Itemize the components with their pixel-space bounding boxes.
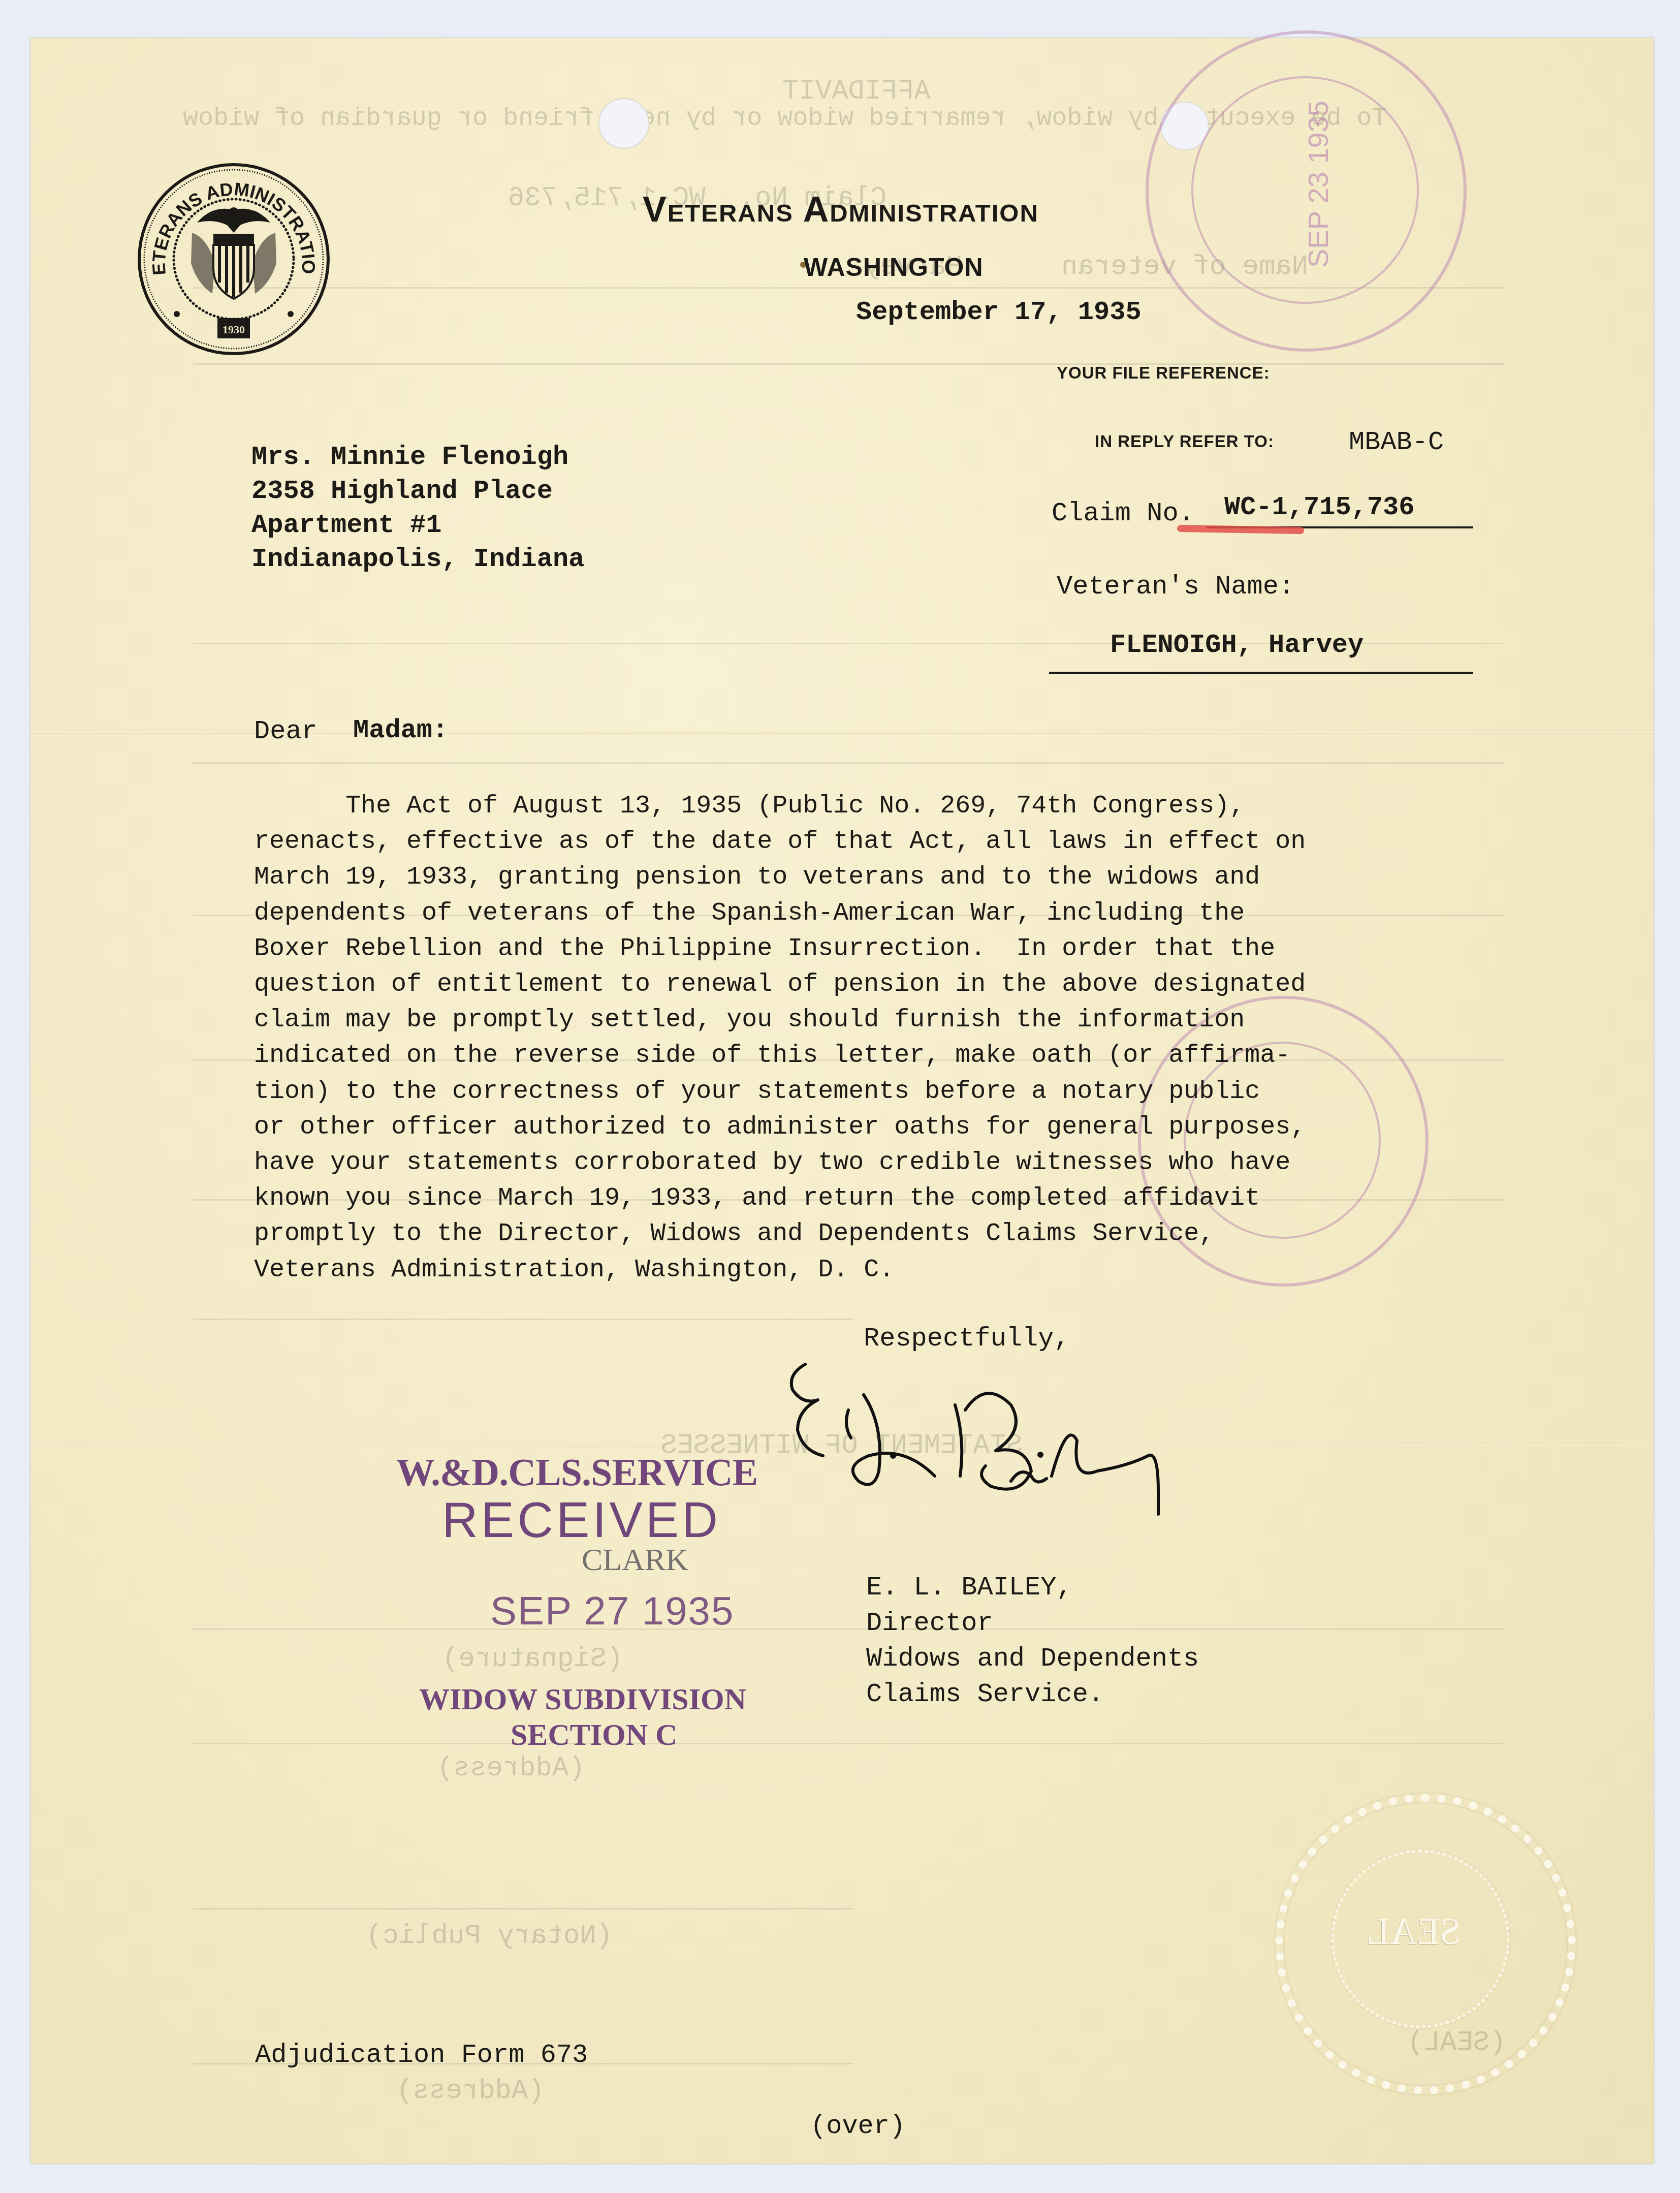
bleed-rule [193, 363, 1504, 365]
claim-number-value: WC-1,715,736 [1224, 490, 1414, 525]
form-number: Adjudication Form 673 [255, 2038, 588, 2073]
body-line: reenacts, effective as of the date of th… [254, 824, 1473, 860]
body-line: indicated on the reverse side of this le… [254, 1038, 1473, 1074]
veteran-name-underline [1049, 672, 1473, 674]
recipient-apartment: Apartment #1 [251, 508, 441, 543]
bleed-rule [193, 1628, 1504, 1630]
recipient-name: Mrs. Minnie Flenoigh [251, 440, 568, 475]
claim-number-label: Claim No. [1052, 496, 1194, 531]
received-stamp-subdivision: WIDOW SUBDIVISION [419, 1682, 746, 1717]
recipient-city-state: Indianapolis, Indiana [251, 542, 584, 577]
salutation-madam: Madam: [353, 713, 448, 748]
notary-seal-center: SEAL [1367, 1910, 1461, 1954]
signer-title: Director [866, 1606, 993, 1641]
veterans-administration-seal-icon: VETERANS ADMINISTRATION 1930 [136, 162, 331, 357]
your-file-reference-label: YOUR FILE REFERENCE: [1057, 363, 1270, 383]
over-indicator: (over) [810, 2109, 905, 2144]
body-line: claim may be promptly settled, you shoul… [254, 1002, 1473, 1038]
body-line: tion) to the correctness of your stateme… [254, 1074, 1473, 1110]
recipient-street: 2358 Highland Place [251, 474, 553, 509]
salutation-dear: Dear [254, 714, 318, 749]
letter-body: The Act of August 13, 1935 (Public No. 2… [254, 789, 1473, 1288]
punch-hole-left [598, 98, 649, 149]
body-line: or other officer authorized to administe… [254, 1110, 1473, 1145]
body-line: Veterans Administration, Washington, D. … [254, 1252, 1473, 1288]
body-line: dependents of veterans of the Spanish-Am… [254, 896, 1473, 931]
bleed-signature-label: (Signature) [442, 1644, 623, 1675]
veteran-name-value: FLENOIGH, Harvey [1110, 628, 1364, 663]
bleed-affidavit-heading: AFFIDAVIT [782, 76, 931, 107]
letter-date: September 17, 1935 [856, 295, 1142, 330]
svg-text:1930: 1930 [223, 323, 245, 336]
received-stamp-clerk: CLARK [582, 1542, 688, 1578]
reply-refer-label: IN REPLY REFER TO: [1095, 432, 1274, 451]
body-line: promptly to the Director, Widows and Dep… [254, 1216, 1473, 1252]
signer-department-line-2: Claims Service. [866, 1677, 1104, 1712]
body-line: question of entitlement to renewal of pe… [254, 967, 1473, 1002]
received-stamp-date: SEP 27 1935 [490, 1588, 734, 1634]
bleed-rule [193, 1743, 1504, 1744]
agency-city: WASHINGTON [804, 253, 984, 282]
bleed-rule [193, 1908, 853, 1909]
body-line: The Act of August 13, 1935 (Public No. 2… [254, 789, 1473, 824]
received-stamp-section: SECTION C [511, 1717, 677, 1752]
body-line: March 19, 1933, granting pension to vete… [254, 860, 1473, 895]
body-line: have your statements corroborated by two… [254, 1145, 1473, 1181]
veteran-name-label: Veteran's Name: [1057, 569, 1294, 605]
top-stamp-date: SEP 23 1935 [1302, 101, 1335, 268]
reply-refer-value: MBAB-C [1349, 425, 1444, 460]
signer-name: E. L. BAILEY, [866, 1570, 1072, 1606]
agency-title: Veterans Administration [643, 189, 1039, 230]
signer-department-line-1: Widows and Dependents [866, 1641, 1199, 1677]
bleed-notary-label: (Notary Public) [366, 1921, 613, 1952]
received-stamp-received-line: RECEIVED [442, 1491, 721, 1549]
body-line: Boxer Rebellion and the Philippine Insur… [254, 931, 1473, 967]
bleed-rule [193, 762, 1504, 764]
bleed-address-label: (Address) [437, 1753, 585, 1784]
bleed-address-label-2: (Address) [396, 2076, 545, 2107]
handwritten-signature-icon [782, 1349, 1341, 1532]
received-stamp-service-line: W.&D.CLS.SERVICE [396, 1451, 757, 1495]
body-line: known you since March 19, 1933, and retu… [254, 1181, 1473, 1216]
bleed-rule [193, 1319, 853, 1320]
